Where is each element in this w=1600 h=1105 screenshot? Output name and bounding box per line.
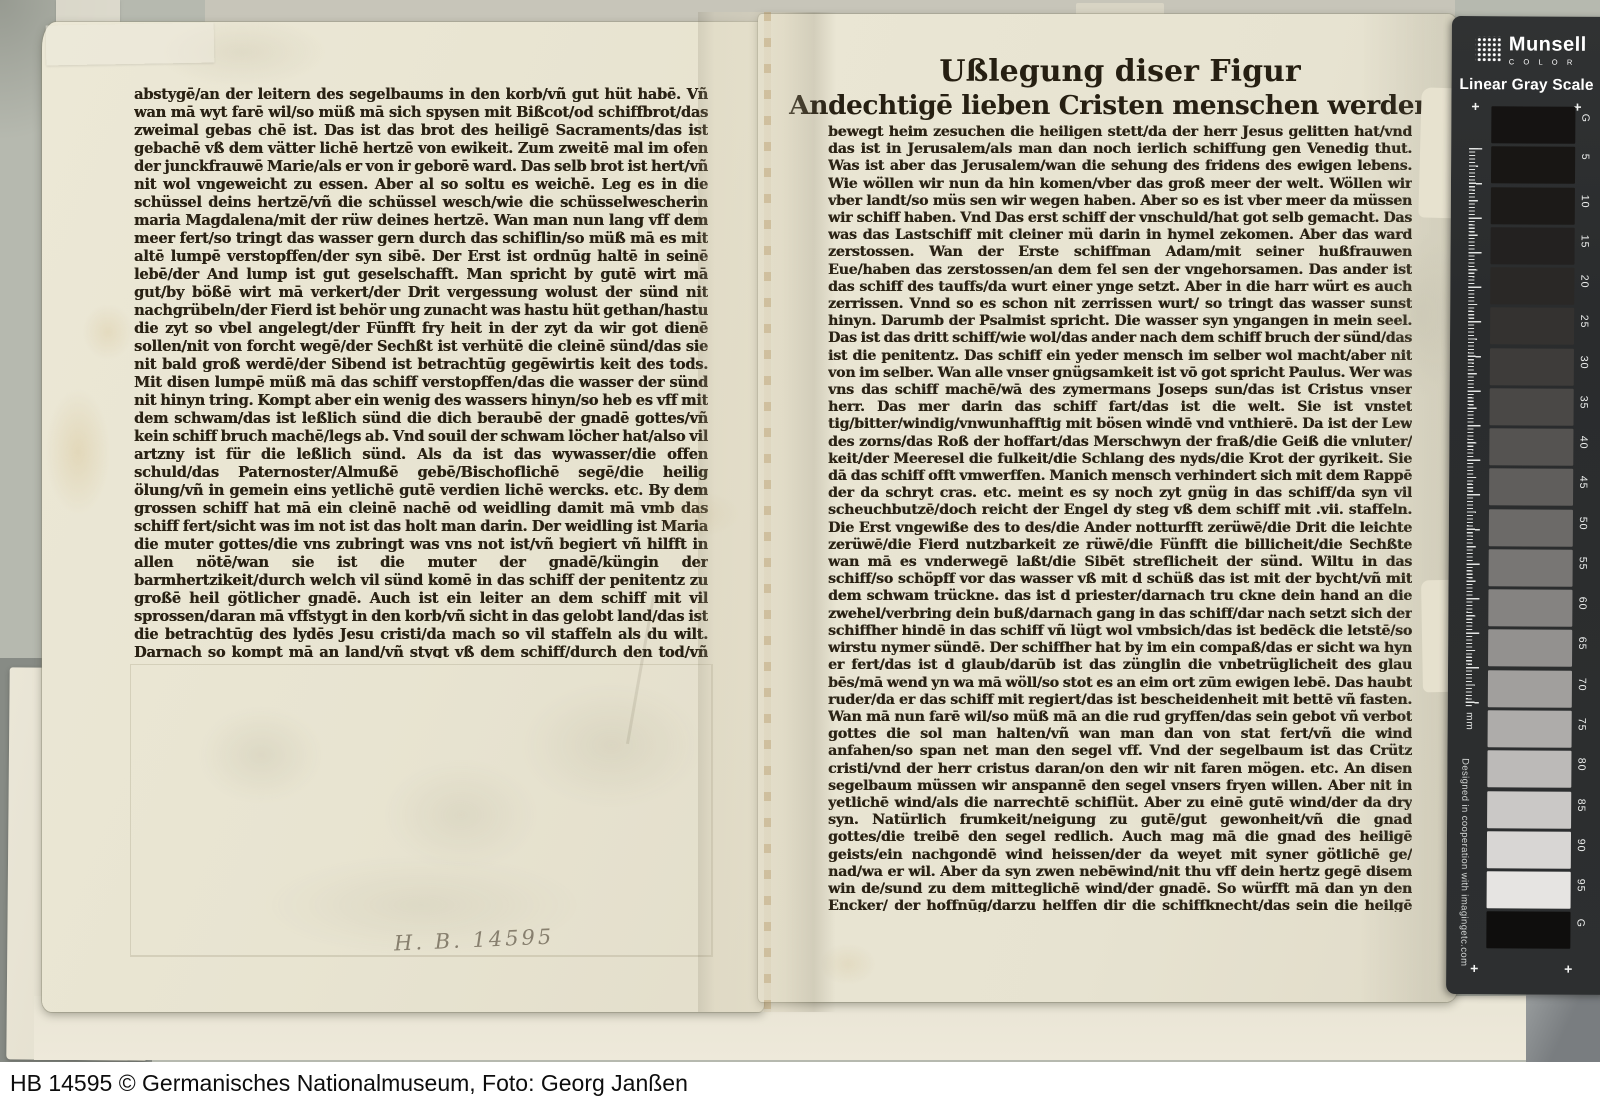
gray-patch-label: 60 <box>1576 597 1588 611</box>
gray-patch-row: 40 <box>1449 428 1600 469</box>
gray-patch-label: 10 <box>1579 194 1591 208</box>
gray-patch-label: G <box>1574 919 1586 928</box>
gray-patch-label: 30 <box>1578 355 1590 369</box>
munsell-gray-scale-card: Munsell C O L O R Linear Gray Scale + + … <box>1446 16 1600 995</box>
right-page-text-block: bewegt heim zesuchen die heiligen stett/… <box>828 124 1412 912</box>
gray-swatch <box>1489 509 1573 547</box>
gray-swatch <box>1490 267 1574 305</box>
gray-patch-row: 55 <box>1448 549 1600 590</box>
registration-mark-bottom-left: + <box>1470 960 1478 976</box>
scanner-background-lower-right <box>1526 984 1600 1062</box>
gray-patch-label: G <box>1579 114 1591 123</box>
gray-patch-row: 10 <box>1451 187 1600 228</box>
gray-patch-row: 85 <box>1447 791 1600 832</box>
gray-patch-row: G <box>1446 911 1600 952</box>
gray-scale-title: Linear Gray Scale <box>1452 76 1600 95</box>
gray-patch-row: 95 <box>1447 871 1600 912</box>
munsell-brand-subtitle: C O L O R <box>1509 57 1587 66</box>
gray-patch-row: 15 <box>1450 227 1600 268</box>
gray-swatch <box>1489 549 1573 587</box>
gray-patch-label: 25 <box>1578 315 1590 329</box>
gray-patch-row: 35 <box>1449 388 1600 429</box>
page-heading-line-2: Andechtigē lieben Cristen menschen werde… <box>770 90 1452 121</box>
gray-patch-label: 90 <box>1575 839 1587 853</box>
munsell-brand-text: Munsell <box>1509 33 1587 55</box>
gray-swatch <box>1491 187 1575 225</box>
gray-swatch <box>1488 589 1572 627</box>
gray-patch-row: 45 <box>1449 468 1600 509</box>
gray-patch-row: 5 <box>1451 146 1600 187</box>
gray-patch-label: 40 <box>1577 436 1589 450</box>
gray-patch-label: 85 <box>1575 798 1587 812</box>
gray-patch-row: 65 <box>1448 629 1600 670</box>
gray-swatch <box>1488 710 1572 748</box>
gray-swatch <box>1488 670 1572 708</box>
gray-patch-row: 90 <box>1447 831 1600 872</box>
woodcut-show-through <box>130 664 713 957</box>
gray-patch-row: 20 <box>1450 267 1600 308</box>
page-heading-line-1: Ußlegung diser Figur <box>828 54 1412 89</box>
gray-patch-label: 80 <box>1575 758 1587 772</box>
gray-patch-row: 50 <box>1449 509 1600 550</box>
gray-swatch <box>1491 106 1575 144</box>
gray-swatch <box>1486 912 1570 950</box>
gray-patch-label: 45 <box>1577 476 1589 490</box>
gray-swatch <box>1490 348 1574 386</box>
gray-patch-row: 70 <box>1448 670 1600 711</box>
gray-swatch <box>1488 630 1572 668</box>
gray-swatch <box>1487 831 1571 869</box>
gray-patch-label: 5 <box>1579 154 1591 161</box>
gray-swatch <box>1491 147 1575 185</box>
gray-patch-label: 70 <box>1576 677 1588 691</box>
gray-patch-row: 25 <box>1450 307 1600 348</box>
gray-swatch <box>1487 871 1571 909</box>
munsell-halftone-grid-icon <box>1476 36 1501 61</box>
photographed-document-scan: abstygē/an der leitern des segelbaums in… <box>0 0 1600 1062</box>
gray-patch-label: 65 <box>1576 637 1588 651</box>
gray-swatch <box>1490 308 1574 346</box>
gray-patch-column: G 5 10 15 20 25 30 <box>1446 106 1600 953</box>
gray-patch-label: 55 <box>1577 557 1589 571</box>
gray-patch-row: 75 <box>1448 710 1600 751</box>
left-page: abstygē/an der leitern des segelbaums in… <box>42 22 764 1012</box>
gray-patch-row: 60 <box>1448 589 1600 630</box>
gray-patch-label: 20 <box>1578 275 1590 289</box>
gray-patch-label: 50 <box>1577 516 1589 530</box>
gray-patch-row: 30 <box>1450 348 1600 389</box>
gray-swatch <box>1489 428 1573 466</box>
munsell-logo: Munsell C O L O R <box>1476 34 1587 67</box>
registration-mark-bottom-right: + <box>1564 961 1572 977</box>
gray-swatch <box>1489 469 1573 507</box>
gray-patch-label: 15 <box>1579 235 1591 249</box>
left-page-text-block: abstygē/an der leitern des segelbaums in… <box>134 86 708 658</box>
gray-patch-label: 35 <box>1578 396 1590 410</box>
gray-patch-row: G <box>1451 106 1600 147</box>
right-page: Ußlegung diser Figur Andechtigē lieben C… <box>758 14 1458 1002</box>
mounting-tape-corner <box>46 23 215 66</box>
gray-patch-row: 80 <box>1447 750 1600 791</box>
gray-patch-label: 75 <box>1576 718 1588 732</box>
gray-swatch <box>1487 791 1571 829</box>
gray-swatch <box>1490 227 1574 265</box>
gray-patch-label: 95 <box>1575 879 1587 893</box>
munsell-brand-wrap: Munsell C O L O R <box>1509 34 1587 66</box>
gray-swatch <box>1490 388 1574 426</box>
caption-text: HB 14595 © Germanisches Nationalmuseum, … <box>10 1070 688 1097</box>
caption-bar: HB 14595 © Germanisches Nationalmuseum, … <box>0 1062 1600 1105</box>
gray-swatch <box>1487 750 1571 788</box>
